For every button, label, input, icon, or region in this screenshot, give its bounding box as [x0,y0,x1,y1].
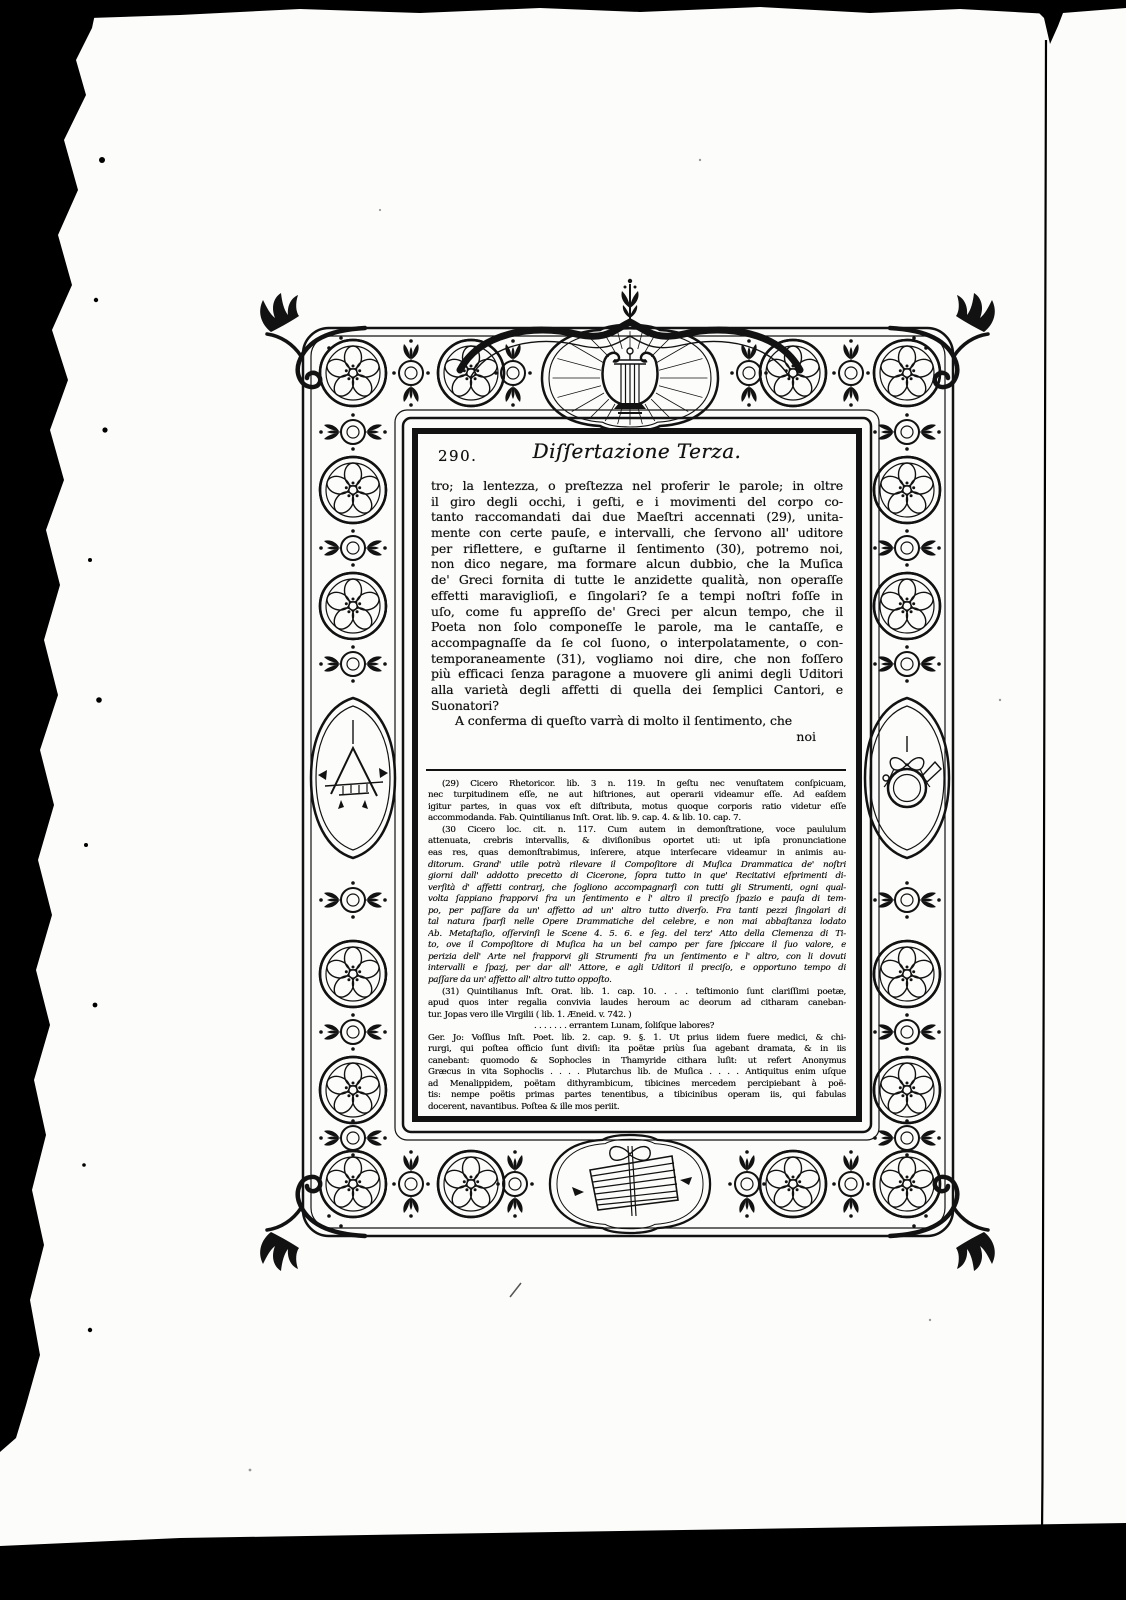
body-line: temporaneamente (31), vogliamo noi dire,… [431,651,843,667]
corner-scroll-top-left [260,293,365,387]
footnote-line: (31) Quintilianus Inſt. Orat. lib. 1. ca… [428,987,846,999]
body-line: il giro degli occhi, i geſti, e i movime… [431,494,843,510]
corner-scroll-bottom-left [260,1177,365,1271]
book-page-scan: 290. Diſſertazione Terza. tro; la lentez… [0,0,1126,1600]
gutter-speckles [82,157,107,1332]
body-text: tro; la lentezza, o preſtezza nel profer… [431,478,843,729]
footnote-line: po, per paſſare da un' affetto ad un' al… [428,906,846,918]
footnote-line: igitur partes, in quas vox eſt diſtribut… [428,802,846,814]
corner-scroll-top-right [890,293,995,387]
body-line: de' Greci fornita di tutte le anzidette … [431,572,843,588]
bottom-scan-band [0,1523,1126,1600]
left-border-chain [319,413,387,1157]
footnote-line: Ger. Jo: Voſſius Inſt. Poet. lib. 2. cap… [428,1033,846,1045]
top-edge-strip [0,0,1126,24]
footnote-line: verſità d' affetti contrarj, che ſoglion… [428,883,846,895]
stray-mark [510,1283,521,1297]
footnote-line: Ab. Metaſtaſio, oſſervinſi le Scene 4. 5… [428,929,846,941]
horn-medallion [865,698,949,858]
body-line: Suonatori? [431,698,843,714]
finial-sprig [621,279,638,322]
footnote-line: intervalli e ſpazj, per dar all' Attore,… [428,963,846,975]
footnote-line: (29) Cicero Rhetoricor. lib. 3 n. 119. I… [428,779,846,791]
footnote-line: docerent, navantibus. Poſtea & ille mos … [428,1102,846,1114]
pan-flute-cartouche [550,1135,710,1233]
torn-gutter-edge [0,0,98,1452]
footnote-line: to, ove il Compoſitore di Muſica ha un b… [428,940,846,952]
footnote-line: attenuata, crebris intervallis, & diviſi… [428,836,846,848]
footnote-line: apud quos inter regalia convivia laudes … [428,998,846,1010]
footnote-line: Græcus in vita Sophoclis . . . . Plutarc… [428,1067,846,1079]
footnote-line: tal natura ſparſi nelle Opere Drammatich… [428,917,846,929]
footnote-line: accommodanda. Fab. Quintilianus Inſt. Or… [428,813,846,825]
body-line: per riflettere, e guſtarne il ſentimento… [431,541,843,557]
top-swash [460,279,800,378]
top-right-wedge [1026,0,1068,44]
footnote-line: eas res, quas demonſtrabimus, inſerere, … [428,848,846,860]
footnote-separator-rule [426,769,846,771]
lyre-icon [603,348,658,413]
footnote-line: ad Menalippidem, poëtam dithyrambicum, t… [428,1079,846,1091]
footnote-line: paſſare da un' affetto all' altro tutto … [428,975,846,987]
body-line: mente con certe pauſe, e intervalli, che… [431,525,843,541]
corner-scroll-bottom-right [890,1177,995,1271]
right-border-chain [873,413,941,1157]
body-line: alla varietà degli affetti di quella dei… [431,682,843,698]
top-border-chain [320,339,940,407]
hunting-horn-icon [883,736,941,807]
body-line: tro; la lentezza, o preſtezza nel profer… [431,478,843,494]
footnote-line: (30 Cicero loc. cit. n. 117. Cum autem i… [428,825,846,837]
triangle-medallion [311,698,395,858]
body-line: Poeta non ſolo componeſſe le parole, ma … [431,619,843,635]
footnote-line: ditorum. Grand' utile potrà rilevare il … [428,860,846,872]
footnote-line: nec turpitudinem eſſe, ne aut hiſtriones… [428,790,846,802]
body-line: non dico negare, ma formare alcun dubbio… [431,556,843,572]
body-line: più efficaci ſenza paragone a muovere gl… [431,666,843,682]
bottom-border-chain [320,1150,940,1218]
footnote-line: giorni dall' addotto precetto di Ciceron… [428,871,846,883]
body-line: tanto raccomandati dai due Maeſtri accen… [431,509,843,525]
footnote-line: rurgi, qui poſtea officio ſunt diviſi: i… [428,1044,846,1056]
body-line: A conferma di queſto varrà di molto il ſ… [431,713,843,729]
right-crease-line [1042,40,1046,1534]
running-title: Diſſertazione Terza. [418,439,856,463]
footnotes: (29) Cicero Rhetoricor. lib. 3 n. 119. I… [428,779,846,1114]
pan-flute-icon [572,1146,692,1216]
footnote-line: tis: nempe poëtis primas partes tenentib… [428,1090,846,1102]
footnote-line: tur. Jopas vero ille Virgilii ( lib. 1. … [428,1010,846,1022]
body-line: uſo, come fu appreſſo de' Greci per alcu… [431,604,843,620]
catchword: noi [418,729,856,745]
footnote-line: . . . . . . . errantem Lunam, ſoliſque l… [428,1021,846,1033]
page-number: 290. [438,447,477,465]
footnote-line: perizia dell' Arte nel frapporvi gli Str… [428,952,846,964]
text-frame: 290. Diſſertazione Terza. tro; la lentez… [412,428,862,1122]
body-line: accompagnaſſe da ſe col ſuono, o interpo… [431,635,843,651]
musical-triangle-icon [318,720,388,809]
footnote-line: volta ſappiano frapporvi fra un ſentimen… [428,894,846,906]
body-line: effetti maraviglioſi, e ſingolari? ſe a … [431,588,843,604]
page-header: 290. Diſſertazione Terza. [418,439,856,471]
footnote-line: canebant: quomodo & Sophocles in Thamyri… [428,1056,846,1068]
